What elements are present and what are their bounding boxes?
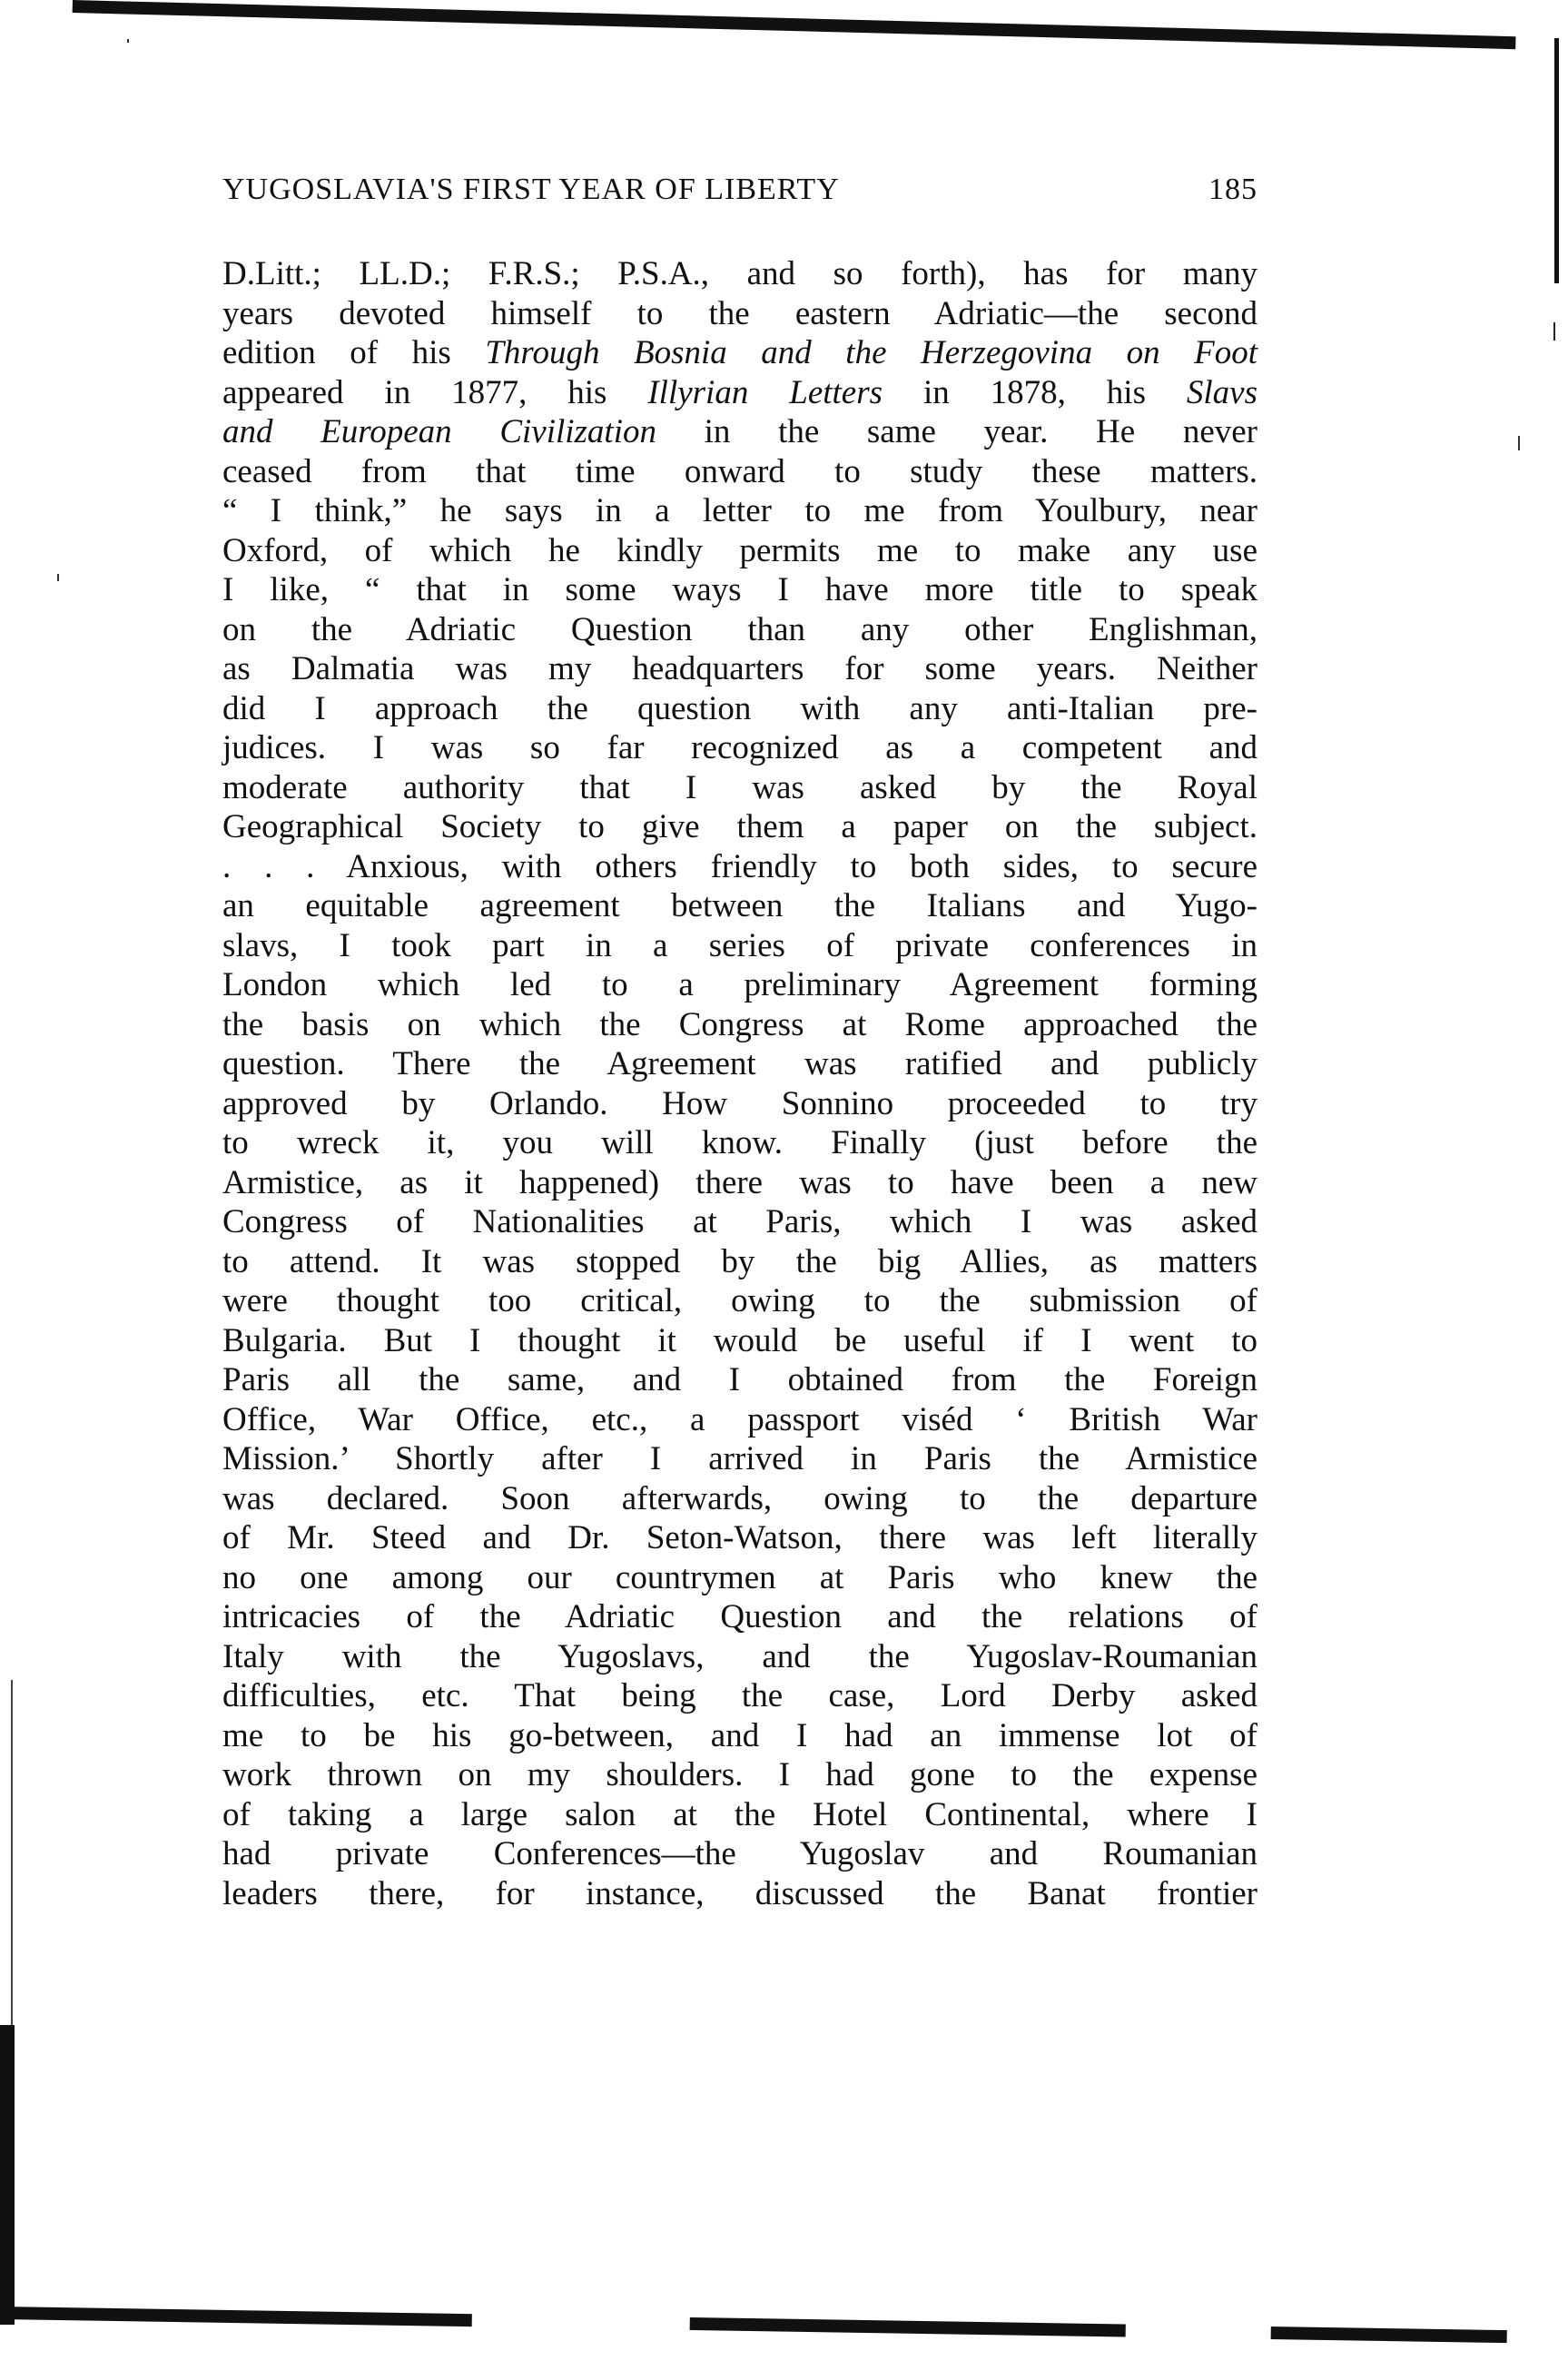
text-segment: in the same year. He never	[656, 413, 1257, 450]
text-segment: approved by Orlando. How Sonnino proceed…	[222, 1085, 1257, 1122]
text-line: no one among our countrymen at Paris who…	[222, 1558, 1257, 1598]
text-line: work thrown on my shoulders. I had gone …	[222, 1755, 1257, 1795]
text-segment: no one among our countrymen at Paris who…	[222, 1559, 1257, 1596]
text-line: “ I think,” he says in a letter to me fr…	[222, 491, 1257, 531]
text-line: leaders there, for instance, discussed t…	[222, 1874, 1257, 1914]
text-segment: Congress of Nationalities at Paris, whic…	[222, 1203, 1257, 1240]
text-segment: was declared. Soon afterwards, owing to …	[222, 1480, 1257, 1517]
running-head-title: YUGOSLAVIA'S FIRST YEAR OF LIBERTY	[222, 173, 840, 207]
body-text: D.Litt.; LL.D.; F.R.S.; P.S.A., and so f…	[222, 254, 1257, 1913]
text-segment: ceased from that time onward to study th…	[222, 453, 1257, 490]
text-segment: Armistice, as it happened) there was to …	[222, 1164, 1257, 1201]
scan-border-right-fragment	[1553, 322, 1555, 341]
scan-border-bottom	[0, 2307, 1507, 2343]
scan-border-left	[0, 2025, 15, 2325]
italic-title: Slavs	[1187, 374, 1257, 411]
text-line: Mission.’ Shortly after I arrived in Par…	[222, 1439, 1257, 1479]
text-segment: an equitable agreement between the Itali…	[222, 887, 1257, 924]
text-line: of taking a large salon at the Hotel Con…	[222, 1795, 1257, 1835]
text-line: intricacies of the Adriatic Question and…	[222, 1597, 1257, 1637]
text-line: on the Adriatic Question than any other …	[222, 610, 1257, 650]
text-line: Oxford, of which he kindly permits me to…	[222, 531, 1257, 571]
text-segment: intricacies of the Adriatic Question and…	[222, 1598, 1257, 1635]
text-segment: Geographical Society to give them a pape…	[222, 808, 1257, 845]
text-segment: difficulties, etc. That being the case, …	[222, 1677, 1257, 1714]
text-line: approved by Orlando. How Sonnino proceed…	[222, 1084, 1257, 1124]
text-segment: to wreck it, you will know. Finally (jus…	[222, 1124, 1257, 1161]
text-line: years devoted himself to the eastern Adr…	[222, 294, 1257, 334]
scan-speck	[1518, 436, 1520, 450]
scan-border-left-thin	[11, 1680, 13, 2025]
text-line: an equitable agreement between the Itali…	[222, 886, 1257, 926]
scan-speck	[127, 39, 129, 43]
text-segment: . . . Anxious, with others friendly to b…	[222, 848, 1257, 885]
text-line: to wreck it, you will know. Finally (jus…	[222, 1123, 1257, 1163]
text-segment: were thought too critical, owing to the …	[222, 1282, 1257, 1319]
text-line: were thought too critical, owing to the …	[222, 1281, 1257, 1321]
text-line: Office, War Office, etc., a passport vis…	[222, 1400, 1257, 1440]
text-segment: to attend. It was stopped by the big All…	[222, 1243, 1257, 1280]
text-line: D.Litt.; LL.D.; F.R.S.; P.S.A., and so f…	[222, 254, 1257, 294]
text-segment: edition of his	[222, 334, 485, 371]
text-segment: in 1878, his	[883, 374, 1187, 411]
text-line: the basis on which the Congress at Rome …	[222, 1005, 1257, 1045]
text-segment: Office, War Office, etc., a passport vis…	[222, 1401, 1257, 1438]
text-line: had private Conferences—the Yugoslav and…	[222, 1834, 1257, 1874]
text-segment: Bulgaria. But I thought it would be usef…	[222, 1322, 1257, 1359]
text-segment: D.Litt.; LL.D.; F.R.S.; P.S.A., and so f…	[222, 255, 1257, 292]
text-line: London which led to a preliminary Agreem…	[222, 965, 1257, 1005]
text-line: Congress of Nationalities at Paris, whic…	[222, 1202, 1257, 1242]
text-segment: work thrown on my shoulders. I had gone …	[222, 1756, 1257, 1793]
text-segment: appeared in 1877, his	[222, 374, 647, 411]
text-segment: question. There the Agreement was ratifi…	[222, 1045, 1257, 1082]
scanned-book-page: YUGOSLAVIA'S FIRST YEAR OF LIBERTY 185 D…	[0, 0, 1568, 2361]
italic-title: Through Bosnia and the Herzegovina on Fo…	[485, 334, 1257, 371]
text-segment: London which led to a preliminary Agreem…	[222, 966, 1257, 1003]
scan-border-top	[73, 0, 1516, 49]
text-line: difficulties, etc. That being the case, …	[222, 1676, 1257, 1716]
text-segment: on the Adriatic Question than any other …	[222, 611, 1257, 648]
text-segment: Italy with the Yugoslavs, and the Yugosl…	[222, 1638, 1257, 1675]
text-line: Italy with the Yugoslavs, and the Yugosl…	[222, 1637, 1257, 1677]
text-segment: Mission.’ Shortly after I arrived in Par…	[222, 1440, 1257, 1477]
text-segment: moderate authority that I was asked by t…	[222, 769, 1257, 806]
text-segment: Oxford, of which he kindly permits me to…	[222, 532, 1257, 569]
scan-border-bottom-gap	[471, 2307, 690, 2346]
text-line: edition of his Through Bosnia and the He…	[222, 333, 1257, 373]
text-segment: as Dalmatia was my headquarters for some…	[222, 650, 1257, 687]
text-line: Armistice, as it happened) there was to …	[222, 1163, 1257, 1203]
page-number: 185	[1208, 173, 1257, 207]
text-line: was declared. Soon afterwards, owing to …	[222, 1479, 1257, 1519]
text-segment: leaders there, for instance, discussed t…	[222, 1875, 1257, 1912]
text-segment: the basis on which the Congress at Rome …	[222, 1006, 1257, 1043]
text-line: and European Civilization in the same ye…	[222, 412, 1257, 452]
italic-title: and European Civilization	[222, 413, 656, 450]
running-head: YUGOSLAVIA'S FIRST YEAR OF LIBERTY 185	[222, 173, 1257, 207]
text-segment: “ I think,” he says in a letter to me fr…	[222, 492, 1257, 529]
text-line: Bulgaria. But I thought it would be usef…	[222, 1321, 1257, 1361]
text-segment: I like, “ that in some ways I have more …	[222, 571, 1257, 608]
text-segment: had private Conferences—the Yugoslav and…	[222, 1835, 1257, 1872]
text-line: question. There the Agreement was ratifi…	[222, 1044, 1257, 1084]
text-line: me to be his go-between, and I had an im…	[222, 1716, 1257, 1756]
text-line: ceased from that time onward to study th…	[222, 452, 1257, 492]
text-segment: judices. I was so far recognized as a co…	[222, 729, 1257, 766]
text-line: Geographical Society to give them a pape…	[222, 807, 1257, 847]
text-line: slavs, I took part in a series of privat…	[222, 926, 1257, 966]
text-segment: years devoted himself to the eastern Adr…	[222, 295, 1257, 332]
scan-speck	[57, 574, 59, 581]
text-segment: me to be his go-between, and I had an im…	[222, 1717, 1257, 1754]
text-line: judices. I was so far recognized as a co…	[222, 728, 1257, 768]
text-line: moderate authority that I was asked by t…	[222, 768, 1257, 808]
text-segment: Paris all the same, and I obtained from …	[222, 1361, 1257, 1398]
italic-title: Illyrian Letters	[647, 374, 883, 411]
text-segment: did I approach the question with any ant…	[222, 690, 1257, 727]
text-line: to attend. It was stopped by the big All…	[222, 1242, 1257, 1282]
scan-border-bottom-gap	[1125, 2316, 1271, 2355]
text-line: appeared in 1877, his Illyrian Letters i…	[222, 373, 1257, 413]
text-line: as Dalmatia was my headquarters for some…	[222, 649, 1257, 689]
scan-border-right	[1554, 38, 1559, 283]
text-segment: of Mr. Steed and Dr. Seton-Watson, there…	[222, 1519, 1257, 1556]
text-line: Paris all the same, and I obtained from …	[222, 1360, 1257, 1400]
text-segment: of taking a large salon at the Hotel Con…	[222, 1796, 1257, 1833]
text-segment: slavs, I took part in a series of privat…	[222, 927, 1257, 964]
text-line: I like, “ that in some ways I have more …	[222, 570, 1257, 610]
text-line: of Mr. Steed and Dr. Seton-Watson, there…	[222, 1518, 1257, 1558]
text-line: did I approach the question with any ant…	[222, 689, 1257, 729]
text-line: . . . Anxious, with others friendly to b…	[222, 847, 1257, 887]
